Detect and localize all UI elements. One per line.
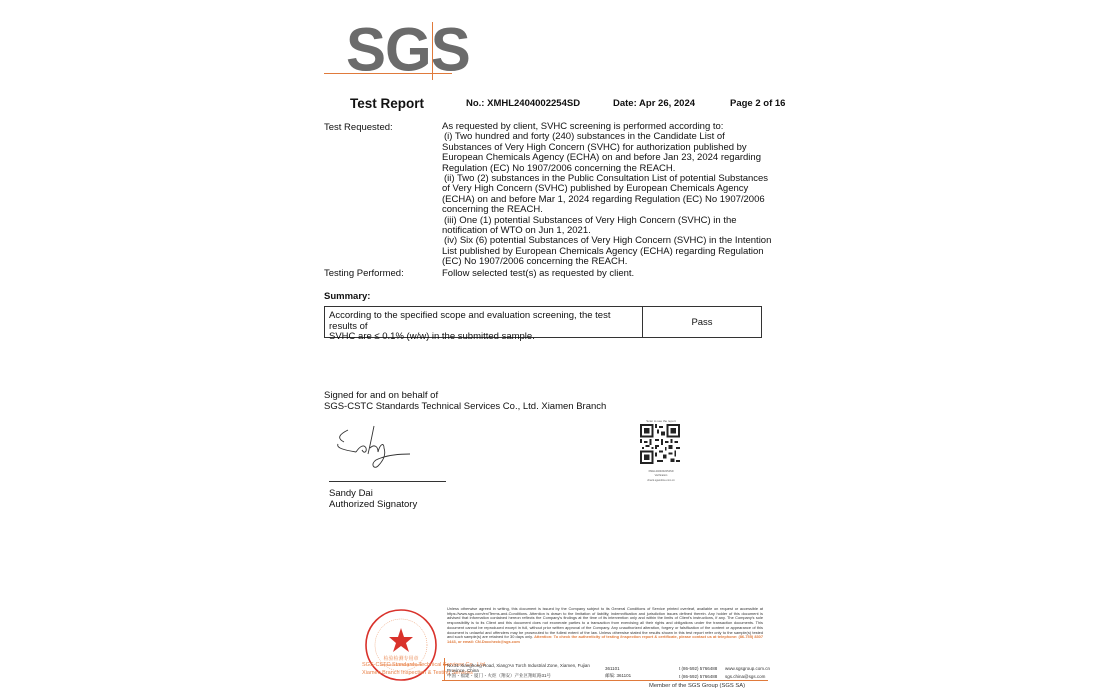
- signatory-name: Sandy Dai: [329, 488, 417, 499]
- verification-qr[interactable]: Scan to see the report XMHL2404002254SD …: [640, 419, 682, 477]
- summary-table: According to the specified scope and eva…: [324, 306, 762, 338]
- logo-text: SGS: [346, 19, 470, 80]
- website[interactable]: www.sgsgroup.com.cn: [725, 666, 770, 671]
- test-requested-text: As requested by client, SVHC screening i…: [442, 122, 772, 268]
- signatory: Sandy Dai Authorized Signatory: [329, 488, 417, 510]
- logo-vertical-line: [432, 22, 433, 80]
- qr-id: XMHL2404002254SD: [640, 470, 682, 473]
- report-date: Date: Apr 26, 2024: [613, 98, 695, 109]
- signed-line: Signed for and on behalf of: [324, 391, 606, 402]
- text-line: (EC) No 1907/2006 concerning the REACH.: [442, 257, 772, 267]
- report-number: No.: XMHL2404002254SD: [466, 98, 580, 109]
- summary-line: SVHC are ≤ 0.1% (w/w) in the submitted s…: [329, 332, 638, 343]
- phone: t (86-592) 5766488: [679, 666, 725, 671]
- address-cn: 中国・福建・厦门・火炬（翔安）产业区翔虹路31号: [447, 673, 605, 679]
- qr-url: check.sgsonline.com.cn: [640, 479, 682, 482]
- signatory-title: Authorized Signatory: [329, 499, 417, 510]
- signature-line: [329, 481, 446, 482]
- footer-accent-line: [444, 658, 445, 680]
- postcode-cn: 邮编: 361101: [605, 673, 679, 679]
- sgs-logo: SGS: [324, 22, 454, 82]
- test-requested-label: Test Requested:: [324, 122, 393, 133]
- summary-result: Pass: [643, 307, 761, 337]
- star-icon: [389, 628, 413, 652]
- qr-caption: Scan to see the report: [640, 419, 682, 423]
- footer-address: No.31 Xianghong Road, Xiang'An Torch Ind…: [447, 664, 777, 680]
- member-statement: Member of the SGS Group (SGS SA): [649, 683, 745, 689]
- summary-label: Summary:: [324, 291, 370, 302]
- phone: t (86-592) 5766488: [679, 674, 725, 679]
- summary-statement: According to the specified scope and eva…: [325, 307, 643, 337]
- footer-divider: [442, 680, 768, 681]
- legal-disclaimer: Unless otherwise agreed in writing, this…: [447, 607, 763, 645]
- footer-accent-tick: [443, 664, 447, 665]
- handwritten-signature: [334, 424, 414, 472]
- postcode-en: 361101: [605, 666, 679, 671]
- qr-verification: Verification: [640, 474, 682, 477]
- svg-text:检验检测专用章: 检验检测专用章: [383, 655, 418, 662]
- email[interactable]: sgs.china@sgs.com: [725, 674, 765, 679]
- testing-performed-value: Follow selected test(s) as requested by …: [442, 268, 634, 279]
- summary-line: According to the specified scope and eva…: [329, 311, 638, 332]
- qr-code-icon: [640, 424, 680, 464]
- address-en: No.31 Xianghong Road, Xiang'An Torch Ind…: [447, 663, 605, 673]
- page-indicator: Page 2 of 16: [730, 98, 785, 109]
- testing-performed-label: Testing Performed:: [324, 268, 404, 279]
- company-line: SGS-CSTC Standards Technical Services Co…: [324, 402, 606, 413]
- signed-on-behalf: Signed for and on behalf of SGS-CSTC Sta…: [324, 391, 606, 412]
- report-title: Test Report: [350, 96, 424, 111]
